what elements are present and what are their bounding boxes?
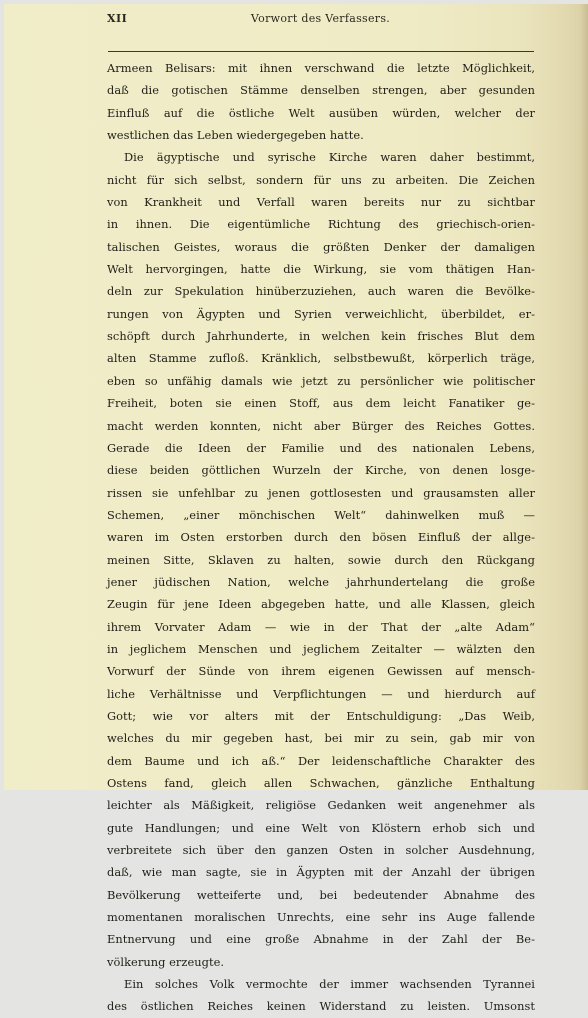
book-page: XII Vorwort des Verfassers. Armeen Belis… — [4, 4, 588, 790]
text-line: alten Stamme zufloß. Kränklich, selbstbe… — [107, 347, 535, 369]
text-line: ihrem Vorvater Adam — wie in der That de… — [107, 616, 535, 638]
text-line: Schemen, „einer mönchischen Welt“ dahinw… — [107, 504, 535, 526]
text-line: waren im Osten erstorben durch den bösen… — [107, 526, 535, 548]
text-line: Gerade die Ideen der Familie und des nat… — [107, 437, 535, 459]
text-line: rungen von Ägypten und Syrien verweichli… — [107, 303, 535, 325]
text-line: in ihnen. Die eigentümliche Richtung des… — [107, 213, 535, 235]
text-line: in jeglichem Menschen und jeglichem Zeit… — [107, 638, 535, 660]
text-line: von Krankheit und Verfall waren bereits … — [107, 191, 535, 213]
text-line: talischen Geistes, woraus die größten De… — [107, 236, 535, 258]
text-line: rissen sie unfehlbar zu jenen gottlosest… — [107, 482, 535, 504]
text-line: eben so unfähig damals wie jetzt zu pers… — [107, 370, 535, 392]
text-line: macht werden konnten, nicht aber Bürger … — [107, 415, 535, 437]
text-line: Gott; wie vor alters mit der Entschuldig… — [107, 705, 535, 727]
text-line: Die ägyptische und syrische Kirche waren… — [107, 146, 535, 168]
running-header-title: Vorwort des Verfassers. — [107, 12, 534, 25]
text-line: welches du mir gegeben hast, bei mir zu … — [107, 727, 535, 749]
running-header: XII Vorwort des Verfassers. — [107, 8, 534, 30]
text-line: Freiheit, boten sie einen Stoff, aus dem… — [107, 392, 535, 414]
text-line: diese beiden göttlichen Wurzeln der Kirc… — [107, 459, 535, 481]
text-line: Zeugin für jene Ideen abgegeben hatte, u… — [107, 593, 535, 615]
text-line: leichter als Mäßigkeit, religiöse Gedank… — [107, 794, 535, 798]
text-line: Ostens fand, gleich allen Schwachen, gän… — [107, 772, 535, 794]
text-line: Armeen Belisars: mit ihnen verschwand di… — [107, 57, 535, 79]
text-line: liche Verhältnisse und Verpflichtungen —… — [107, 683, 535, 705]
text-line: deln zur Spekulation hinüberzuziehen, au… — [107, 280, 535, 302]
text-line: dem Baume und ich aß.“ Der leidenschaftl… — [107, 750, 535, 772]
text-line: westlichen das Leben wiedergegeben hatte… — [107, 124, 535, 146]
text-line: Vorwurf der Sünde von ihrem eigenen Gewi… — [107, 660, 535, 682]
text-line: nicht für sich selbst, sondern für uns z… — [107, 169, 535, 191]
text-line: Welt hervorgingen, hatte die Wirkung, si… — [107, 258, 535, 280]
text-line: jener jüdischen Nation, welche jahrhunde… — [107, 571, 535, 593]
text-line: Einfluß auf die östliche Welt ausüben wü… — [107, 102, 535, 124]
text-line: meinen Sitte, Sklaven zu halten, sowie d… — [107, 549, 535, 571]
text-line: daß die gotischen Stämme denselben stren… — [107, 79, 535, 101]
header-rule — [108, 51, 534, 52]
text-line: schöpft durch Jahrhunderte, in welchen k… — [107, 325, 535, 347]
body-text: Armeen Belisars: mit ihnen verschwand di… — [107, 57, 535, 798]
